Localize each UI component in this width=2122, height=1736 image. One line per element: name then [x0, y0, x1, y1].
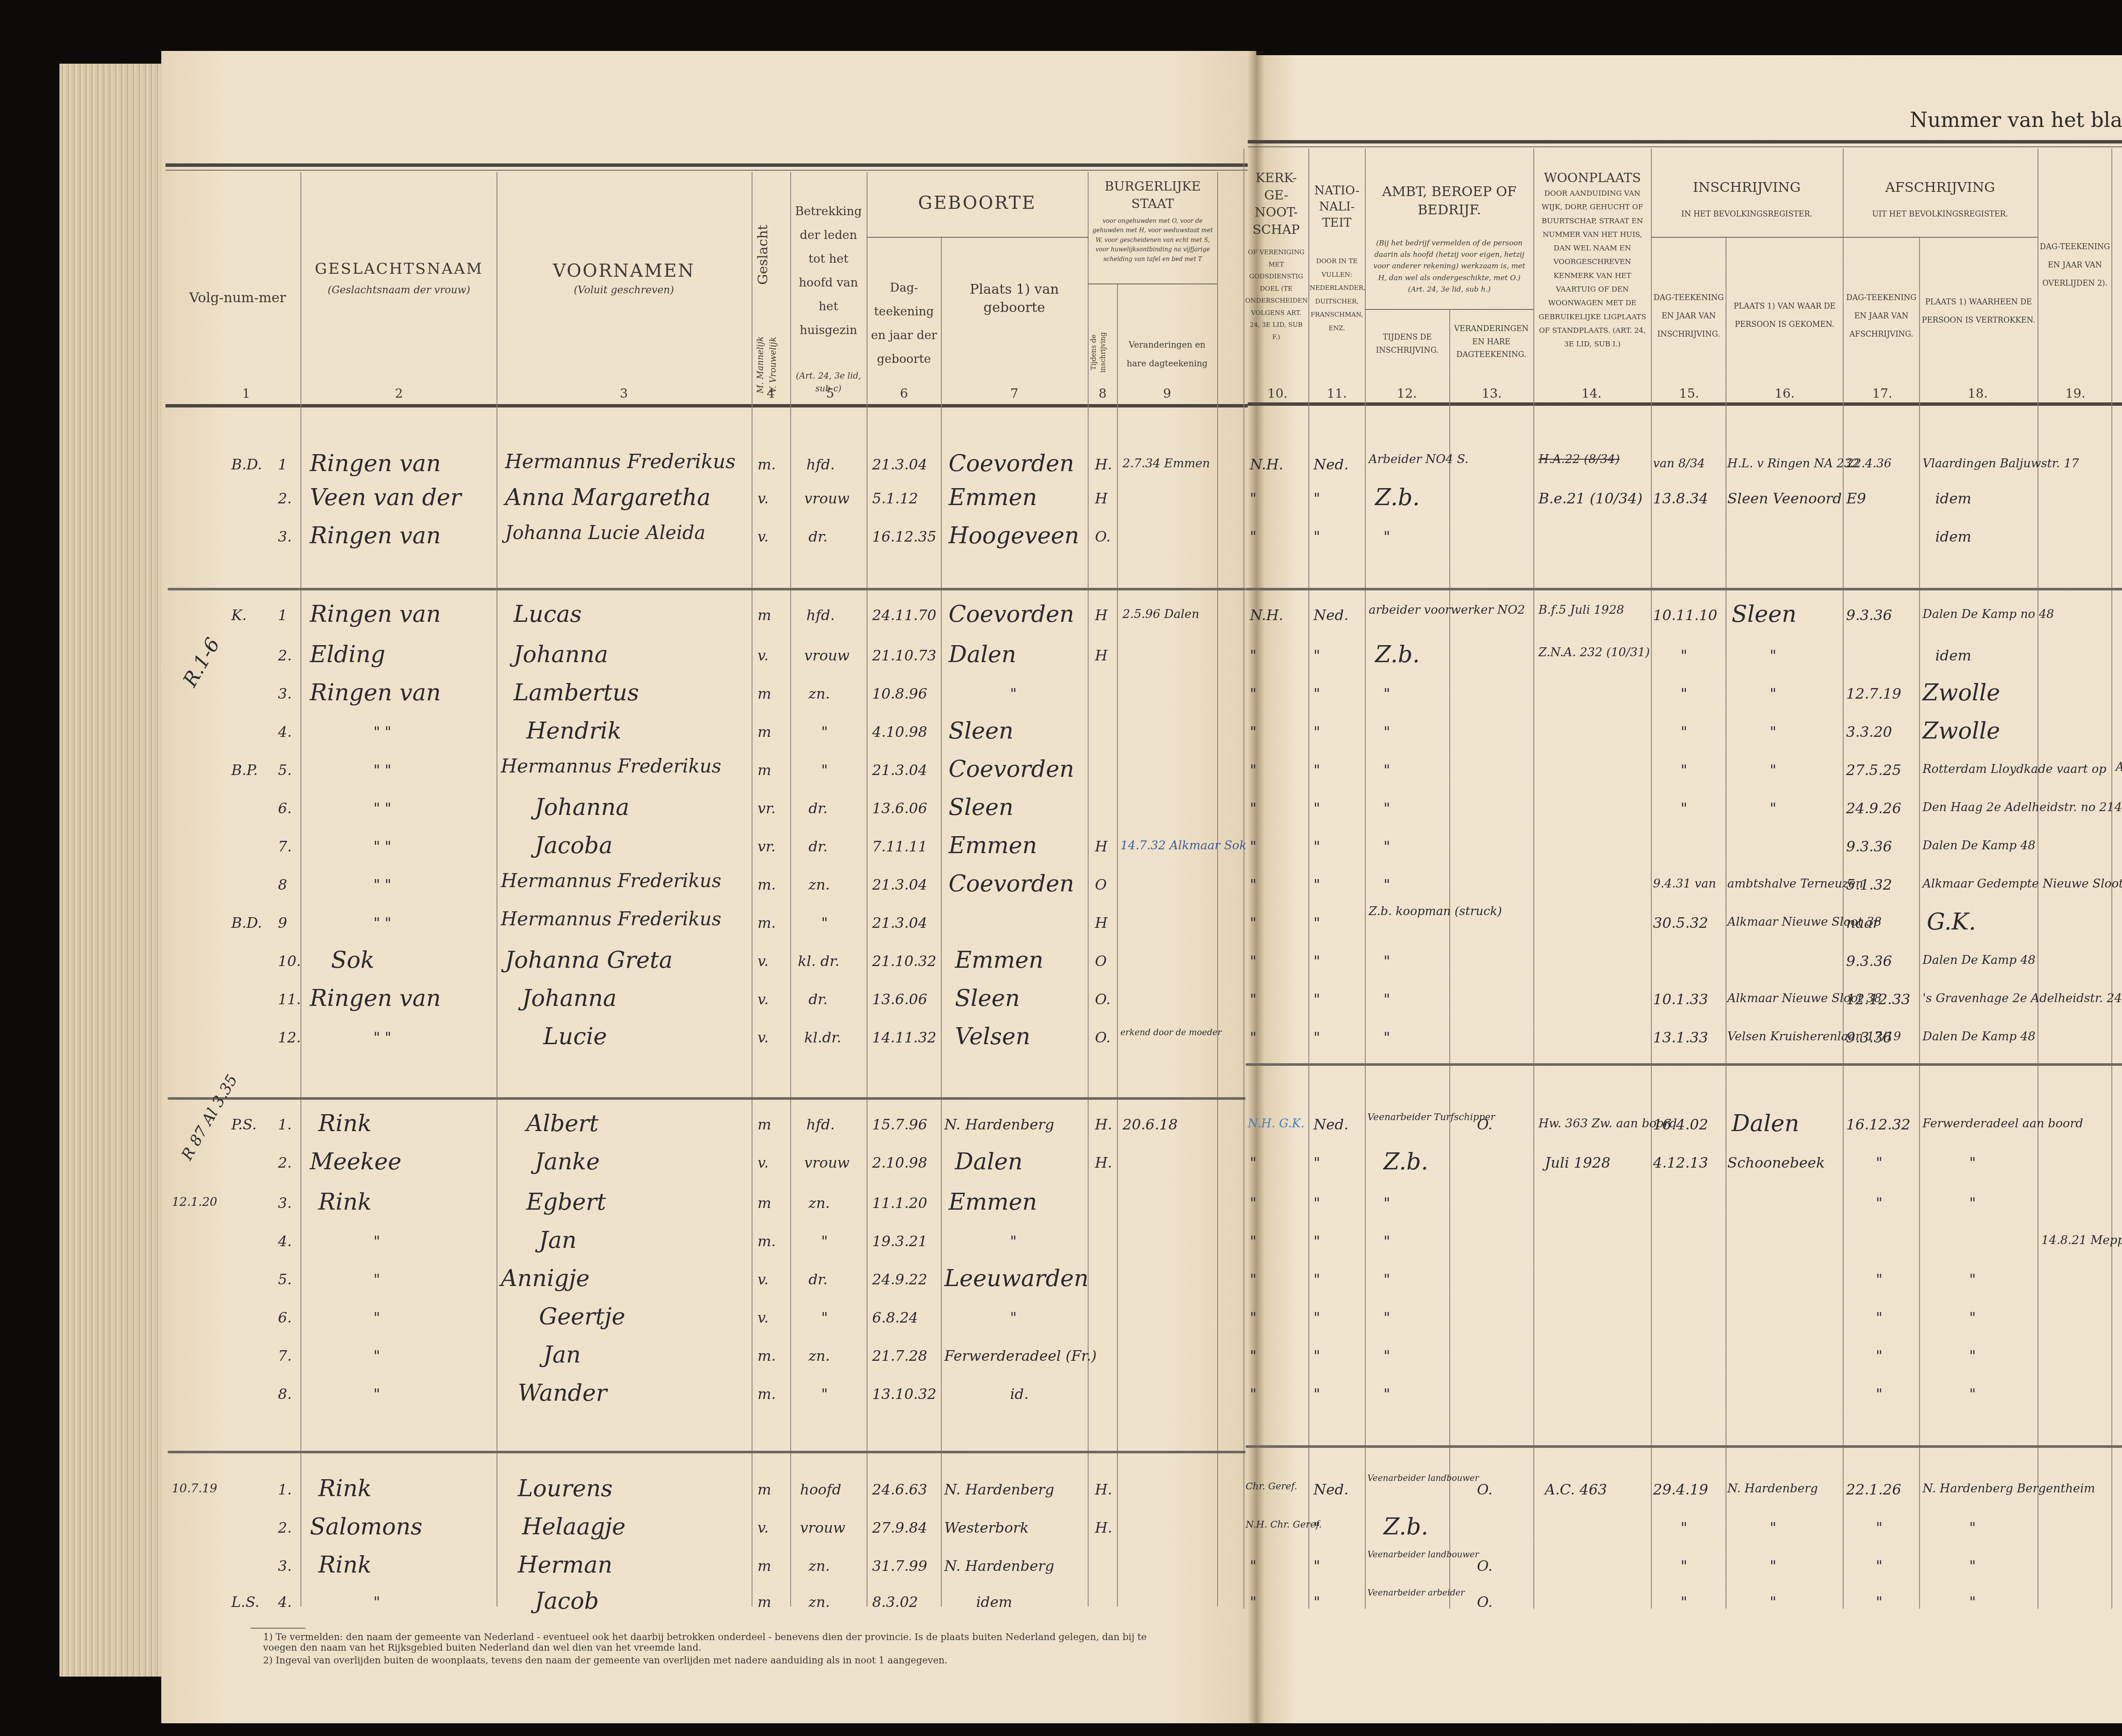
- from-place: ": [1770, 1594, 1777, 1611]
- row-number: 11.: [278, 991, 301, 1008]
- row-number: 4.: [278, 1233, 292, 1250]
- given-names: Lambertus: [514, 679, 639, 706]
- given-names: Hermannus Frederikus: [505, 450, 735, 473]
- col-number-17: 17.: [1872, 386, 1893, 401]
- church: ": [1250, 685, 1257, 702]
- remarks: Acc. Lievr. per Koopvaardij NA no 45 Pal…: [2116, 760, 2122, 774]
- sex: v.: [758, 1029, 769, 1046]
- to-place: ": [1969, 1155, 1976, 1171]
- given-names: Herman: [518, 1551, 612, 1578]
- civil-status: O.: [1095, 1029, 1111, 1046]
- birth-place: N. Hardenberg: [944, 1481, 1054, 1498]
- relation: vrouw: [804, 490, 850, 507]
- occupation: Veenarbeider landbouwer: [1367, 1549, 1479, 1559]
- sex: m.: [758, 456, 776, 473]
- from-place: ": [1770, 800, 1777, 817]
- row-marker: B.D.: [231, 915, 262, 932]
- occupation: ": [1384, 1271, 1390, 1288]
- afschrijving-date: 16.12.32: [1846, 1116, 1910, 1133]
- birth-place: Leeuwarden: [944, 1265, 1089, 1292]
- inschrijving-date: 4.12.13: [1653, 1155, 1708, 1171]
- surname: ": [373, 1348, 380, 1365]
- row-marker: 10.7.19: [172, 1481, 217, 1495]
- birth-date: 21.10.73: [872, 647, 936, 664]
- occupation: Z.b.: [1375, 641, 1420, 668]
- occupation: ": [1384, 876, 1390, 893]
- surname: Rink: [318, 1475, 371, 1502]
- to-place: ": [1969, 1594, 1976, 1611]
- civil-status: H: [1095, 838, 1108, 855]
- header-geslachtsnaam-sub: (Geslachtsnaam der vrouw): [306, 282, 492, 298]
- given-names: Janke: [535, 1148, 600, 1175]
- afschrijving-date: 12.7.19: [1846, 685, 1901, 702]
- birth-date: 24.9.22: [872, 1271, 927, 1288]
- birth-date: 21.3.04: [872, 456, 927, 473]
- church: ": [1250, 800, 1257, 817]
- afschrijving-date: 22.4.36: [1846, 456, 1892, 470]
- row-number: 2.: [278, 1520, 292, 1537]
- row-number: 6.: [278, 800, 292, 817]
- header-afschrijving-sub: UIT HET BEVOLKINGSREGISTER.: [1843, 208, 2038, 221]
- inschrijving-date: 30.5.32: [1653, 915, 1708, 932]
- sex: m: [758, 1116, 771, 1133]
- row-number: 5.: [278, 762, 292, 779]
- civil-changes: 14.7.32 Alkmaar Sok: [1120, 838, 1246, 852]
- afschrijving-date: 12.12.33: [1846, 991, 1910, 1008]
- household-separator: [168, 1451, 1246, 1453]
- residence: Juli 1928: [1545, 1155, 1611, 1171]
- header-geboorte-datum: Dag-teekening en jaar der geboorte: [868, 276, 940, 371]
- afschrijving-date: ": [1876, 1271, 1883, 1288]
- occupation: ": [1384, 1233, 1390, 1250]
- col-number-5: 5: [822, 386, 839, 401]
- header-nationaliteit: NATIO-NALI-TEIT: [1310, 183, 1364, 230]
- inschrijving-date: ": [1681, 685, 1687, 702]
- birth-date: 27.9.84: [872, 1520, 927, 1537]
- birth-place: Hoogeveen: [949, 522, 1079, 549]
- residence: Z.N.A. 232 (10/31): [1538, 645, 1650, 659]
- row-number: 1: [278, 456, 287, 473]
- row-marker: K.: [231, 607, 247, 624]
- inschrijving-date: ": [1681, 762, 1687, 779]
- birth-place: Sleen: [949, 717, 1013, 744]
- header-inschrijving-plaats: PLAATS 1) VAN WAAR DE PERSOON IS GEKOMEN…: [1727, 297, 1842, 334]
- to-place: N. Hardenberg Bergentheim: [1923, 1481, 2095, 1495]
- nationality: ": [1314, 1271, 1320, 1288]
- birth-place: ": [1010, 1233, 1017, 1250]
- birth-date: 24.11.70: [872, 607, 936, 624]
- relation: dr.: [808, 991, 828, 1008]
- civil-changes: 2.5.96 Dalen: [1123, 607, 1199, 621]
- afschrijving-date: 5.1.32: [1846, 876, 1892, 893]
- row-number: 2.: [278, 1155, 292, 1171]
- to-place: G.K.: [1927, 908, 1976, 935]
- nationality: ": [1314, 490, 1320, 507]
- surname: Rink: [318, 1110, 371, 1137]
- birth-date: 10.8.96: [872, 685, 927, 702]
- sex: v.: [758, 490, 769, 507]
- occupation: Arbeider NO4 S.: [1369, 452, 1468, 466]
- inschrijving-subrule: [1651, 237, 1843, 238]
- sex: m.: [758, 876, 776, 893]
- row-number: 2.: [278, 490, 292, 507]
- birth-place: Emmen: [949, 832, 1037, 859]
- afschrijving-date: ": [1876, 1155, 1883, 1171]
- surname: Rink: [318, 1188, 371, 1215]
- col-divider: [867, 172, 867, 1607]
- to-place: ": [1969, 1195, 1976, 1212]
- household-separator: [168, 588, 1246, 590]
- given-names: Hermannus Frederikus: [501, 756, 721, 777]
- col-divider: [300, 172, 301, 1607]
- sex: m: [758, 1594, 771, 1611]
- church: Chr. Geref.: [1246, 1481, 1297, 1492]
- nationality: ": [1314, 1233, 1320, 1250]
- given-names: Hendrik: [526, 717, 621, 744]
- surname: " ": [373, 1029, 391, 1046]
- civil-status: O: [1095, 953, 1107, 970]
- birth-place: Dalen: [949, 641, 1016, 668]
- occupation: ": [1384, 991, 1390, 1008]
- from-place: N. Hardenberg: [1727, 1481, 1818, 1495]
- row-number: 4.: [278, 724, 292, 741]
- birth-date: 16.12.35: [872, 528, 936, 545]
- surname: ": [373, 1386, 380, 1403]
- sex: v.: [758, 1520, 769, 1537]
- birth-date: 4.10.98: [872, 724, 927, 741]
- sex: m: [758, 1195, 771, 1212]
- nationality: ": [1314, 915, 1320, 932]
- sex: m.: [758, 1348, 776, 1365]
- nationality: ": [1314, 528, 1320, 545]
- relation: zn.: [808, 685, 830, 702]
- inschrijving-date: 10.11.10: [1653, 607, 1717, 624]
- from-place: ": [1770, 1558, 1777, 1575]
- nationality: ": [1314, 1155, 1320, 1171]
- to-place: ": [1969, 1348, 1976, 1365]
- to-place: ": [1969, 1309, 1976, 1326]
- row-number: 1: [278, 607, 287, 624]
- church: ": [1250, 876, 1257, 893]
- afschrijving-date: ": [1876, 1195, 1883, 1212]
- inschrijving-date: ": [1681, 647, 1687, 664]
- occupation: ": [1384, 1309, 1390, 1326]
- given-names: Annigje: [501, 1265, 589, 1292]
- inschrijving-date: ": [1681, 1520, 1687, 1537]
- header-tijdens-inschrijving-ambt: TIJDENS DE INSCHRIJVING.: [1367, 331, 1448, 357]
- col-divider: [497, 172, 497, 1607]
- afschrijving-date: 27.5.25: [1846, 762, 1901, 779]
- civil-status: H.: [1095, 1520, 1112, 1537]
- birth-date: 6.8.24: [872, 1309, 918, 1326]
- row-number: 10.: [278, 953, 301, 970]
- to-place: ": [1969, 1520, 1976, 1537]
- church: N.H.: [1250, 456, 1283, 473]
- relation: dr.: [808, 800, 828, 817]
- civil-status: O.: [1095, 528, 1111, 545]
- col-number-7: 7: [1006, 386, 1023, 401]
- to-place: Den Haag 2e Adelheidstr. no 214: [1923, 800, 2122, 814]
- header-geslachtsnaam: GESLACHTSNAAM: [306, 259, 492, 280]
- residence: B.e.21 (10/34): [1538, 490, 1642, 507]
- church: ": [1250, 838, 1257, 855]
- residence: A.C. 463: [1545, 1481, 1607, 1498]
- nationality: ": [1314, 1348, 1320, 1365]
- relation: vrouw: [800, 1520, 845, 1537]
- occupation: ": [1384, 528, 1390, 545]
- header-ambt: AMBT, BEROEP OF BEDRIJF.: [1367, 183, 1532, 219]
- birth-date: 2.10.98: [872, 1155, 927, 1171]
- relation: hfd.: [806, 607, 835, 624]
- row-number: 1.: [278, 1116, 292, 1133]
- birth-place: Coevorden: [949, 601, 1074, 627]
- birth-date: 21.10.32: [872, 953, 936, 970]
- header-veranderingen: Veranderingen en hare dagteekening: [1119, 335, 1215, 373]
- header-inschrijving-sub: IN HET BEVOLKINGSREGISTER.: [1651, 208, 1843, 221]
- header-kerkgenootschap-sub: OF VERENIGING MET GODSDIENSTIG DOEL (te …: [1245, 246, 1307, 343]
- birth-place: N. Hardenberg: [944, 1116, 1054, 1133]
- sex: vr.: [758, 838, 776, 855]
- page-stack-edges: [59, 64, 161, 1677]
- relation: kl. dr.: [798, 953, 839, 970]
- nationality: ": [1314, 724, 1320, 741]
- header-afschrijving-plaats: PLAATS 1) WAARHEEN DE PERSOON IS VERTROK…: [1921, 293, 2036, 329]
- given-names: Jan: [543, 1341, 581, 1368]
- afschrijving-date: 9.3.36: [1846, 1029, 1892, 1046]
- civil-status: O: [1095, 876, 1107, 893]
- nationality: ": [1314, 1029, 1320, 1046]
- col-divider: [1726, 238, 1726, 1609]
- col-number-12: 12.: [1396, 386, 1417, 401]
- given-names: Geertje: [539, 1303, 625, 1330]
- birth-date: 7.11.11: [872, 838, 927, 855]
- civil-status: O.: [1095, 991, 1111, 1008]
- occupation: ": [1384, 953, 1390, 970]
- occupation: ": [1384, 685, 1390, 702]
- sex: m.: [758, 915, 776, 932]
- birth-date: 13.10.32: [872, 1386, 936, 1403]
- birth-place: Emmen: [949, 1188, 1037, 1215]
- sex: v.: [758, 528, 769, 545]
- header-afschrijving: AFSCHRIJVING: [1843, 178, 2038, 197]
- sex: m: [758, 685, 771, 702]
- given-names: Jacob: [535, 1587, 599, 1614]
- relation: hfd.: [806, 456, 835, 473]
- birth-place: Velsen: [955, 1023, 1030, 1050]
- col-number-16: 16.: [1774, 386, 1795, 401]
- birth-date: 21.3.04: [872, 915, 927, 932]
- to-place: idem: [1935, 647, 1971, 664]
- to-place: Dalen De Kamp no 48: [1923, 607, 2054, 621]
- row-marker: 12.1.20: [172, 1195, 217, 1209]
- header-kerkgenootschap: KERK-GE-NOOT-SCHAP: [1245, 170, 1307, 239]
- sheet-number-label: Nummer van het blad: [1910, 108, 2122, 132]
- occupation: Z.b.: [1375, 484, 1420, 511]
- civil-status: H.: [1095, 1116, 1112, 1133]
- residence: H.A.22 (8/34): [1538, 452, 1620, 466]
- surname: Ringen van: [310, 679, 441, 706]
- header-woonplaats-title: WOONPLAATS: [1535, 170, 1650, 187]
- birth-date: 24.6.63: [872, 1481, 927, 1498]
- birth-place: Emmen: [955, 947, 1044, 973]
- nationality: ": [1314, 1520, 1320, 1537]
- afschrijving-date: ": [1876, 1386, 1883, 1403]
- from-place: Schoonebeek: [1727, 1155, 1825, 1171]
- header-top-rule-right: [1248, 140, 2122, 143]
- church: ": [1250, 1348, 1257, 1365]
- from-place: ": [1770, 647, 1777, 664]
- given-names: Hermannus Frederikus: [501, 870, 721, 892]
- occupation: Veenarbeider Turfschipper: [1367, 1112, 1495, 1123]
- surname: Veen van der: [310, 484, 461, 511]
- relation: hfd.: [806, 1116, 835, 1133]
- surname: Ringen van: [310, 601, 441, 627]
- to-place: Vlaardingen Baljuwstr. 17: [1923, 456, 2079, 470]
- sex: m: [758, 607, 771, 624]
- civil-status: H.: [1095, 456, 1112, 473]
- inschrijving-date: ": [1681, 1594, 1687, 1611]
- col-divider: [1651, 149, 1652, 1609]
- nationality: Ned.: [1314, 1116, 1348, 1133]
- relation: zn.: [808, 1348, 830, 1365]
- header-geboorte-plaats: Plaats 1) van geboorte: [942, 280, 1086, 317]
- relation: dr.: [808, 1271, 828, 1288]
- to-place: idem: [1935, 528, 1971, 545]
- occupation: ": [1384, 1386, 1390, 1403]
- church: N.H. G.K.: [1248, 1116, 1305, 1130]
- occupation: ": [1384, 762, 1390, 779]
- from-place: H.L. v Ringen NA 232: [1727, 456, 1859, 470]
- header-burgerlijke-staat: BURGERLIJKE STAAT: [1089, 178, 1216, 213]
- occupation: arbeider voorwerker NO2: [1369, 603, 1525, 617]
- header-veranderingen-ambt: VERANDERINGEN EN HARE DAGTEEKENING.: [1451, 323, 1532, 362]
- occupation: ": [1384, 838, 1390, 855]
- birth-place: Coevorden: [949, 756, 1074, 782]
- inschrijving-date: van 8/34: [1653, 456, 1705, 470]
- sex: m.: [758, 1233, 776, 1250]
- given-names: Johanna: [522, 985, 617, 1011]
- surname: Sok: [331, 947, 374, 973]
- given-names: Johanna: [535, 794, 629, 820]
- to-place: idem: [1935, 490, 1971, 507]
- birth-place: ": [1010, 685, 1017, 702]
- header-geslacht-sub: M. Mannelijk V. Vrouwelijk: [754, 335, 788, 395]
- col-number-14: 14.: [1581, 386, 1602, 401]
- row-number: 5.: [278, 1271, 292, 1288]
- row-number: 3.: [278, 528, 292, 545]
- col-divider: [1533, 149, 1534, 1609]
- church: ": [1250, 724, 1257, 741]
- from-place: ambtshalve Terneuzen: [1727, 876, 1863, 890]
- church: ": [1250, 1029, 1257, 1046]
- row-number: 3.: [278, 1558, 292, 1575]
- header-top-rule-right-thin: [1248, 146, 2122, 147]
- col-number-4: 4: [762, 386, 779, 401]
- row-number: 7.: [278, 838, 292, 855]
- header-inschrijving: INSCHRIJVING: [1651, 178, 1843, 197]
- household-separator: [1246, 1445, 2122, 1448]
- col-number-13: 13.: [1481, 386, 1502, 401]
- church: ": [1250, 1195, 1257, 1212]
- given-names: Johanna Lucie Aleida: [505, 522, 705, 544]
- nationality: ": [1314, 800, 1320, 817]
- church: ": [1250, 1271, 1257, 1288]
- inschrijving-date: 13.8.34: [1653, 490, 1708, 507]
- birth-date: 21.3.04: [872, 762, 927, 779]
- nationality: ": [1314, 1558, 1320, 1575]
- birth-place: id.: [1010, 1386, 1028, 1403]
- birth-place: idem: [976, 1594, 1012, 1611]
- afschrijving-subrule: [1843, 237, 2038, 238]
- relation: ": [821, 1233, 828, 1250]
- header-woonplaats: DOOR AANDUIDING VAN WIJK, DORP, GEHUCHT …: [1535, 187, 1650, 351]
- afschrijving-date: 9.3.36: [1846, 953, 1892, 970]
- nationality: ": [1314, 647, 1320, 664]
- given-names: Lucas: [514, 601, 582, 627]
- col-number-2: 2: [390, 386, 407, 401]
- surname: Salomons: [310, 1513, 422, 1540]
- birth-date: 14.11.32: [872, 1029, 936, 1046]
- header-inschrijving-datum: DAG-TEEKENING EN JAAR VAN INSCHRIJVING.: [1653, 289, 1725, 344]
- sex: v.: [758, 1271, 769, 1288]
- col-number-1: 1: [238, 386, 255, 401]
- header-tijdens-inschrijving: Tijdens de inschrijving: [1089, 314, 1116, 390]
- church: ": [1250, 647, 1257, 664]
- relation: vrouw: [804, 647, 850, 664]
- row-marker: B.D.: [231, 456, 262, 473]
- household-separator: [1246, 588, 2122, 590]
- to-place: Dalen De Kamp 48: [1923, 838, 2035, 852]
- occupation: ": [1384, 1348, 1390, 1365]
- surname: " ": [373, 915, 391, 932]
- birth-date: 19.3.21: [872, 1233, 927, 1250]
- to-place: Rotterdam Lloydkade vaart op: [1923, 762, 2106, 776]
- header-betrekking: Betrekking der leden tot het hoofd van h…: [792, 199, 865, 342]
- sex: v.: [758, 1155, 769, 1171]
- relation: ": [821, 1386, 828, 1403]
- nationality: ": [1314, 838, 1320, 855]
- relation: ": [821, 1309, 828, 1326]
- church: ": [1250, 1155, 1257, 1171]
- sex: v.: [758, 1309, 769, 1326]
- given-names: Helaagje: [522, 1513, 626, 1540]
- row-number: 9: [278, 915, 287, 932]
- given-names: Lourens: [518, 1475, 612, 1502]
- sex: v.: [758, 953, 769, 970]
- birth-place: Sleen: [949, 794, 1013, 820]
- surname: Meekee: [310, 1148, 401, 1175]
- household-separator: [168, 1097, 1246, 1100]
- birth-place: Sleen: [955, 985, 1020, 1011]
- nationality: ": [1314, 1594, 1320, 1611]
- surname: " ": [373, 800, 391, 817]
- occupation: ": [1384, 800, 1390, 817]
- afschrijving-date: ": [1876, 1558, 1883, 1575]
- civil-status: H.: [1095, 1155, 1112, 1171]
- header-bottom-rule-left: [166, 404, 1248, 407]
- civil-status: H: [1095, 607, 1108, 624]
- relation: hoofd: [800, 1481, 841, 1498]
- civil-changes: 2.7.34 Emmen: [1123, 456, 1210, 470]
- birth-date: 11.1.20: [872, 1195, 927, 1212]
- header-nationaliteit-sub: DOOR IN TE VULLEN: NEDERLANDER, DUITSCHE…: [1310, 255, 1364, 335]
- footnote-rule: [250, 1628, 306, 1629]
- given-names: Wander: [518, 1379, 607, 1406]
- civil-status: H.: [1095, 1481, 1112, 1498]
- col-divider: [1308, 149, 1309, 1609]
- col-divider: [1117, 284, 1118, 1607]
- birth-place: Coevorden: [949, 870, 1074, 897]
